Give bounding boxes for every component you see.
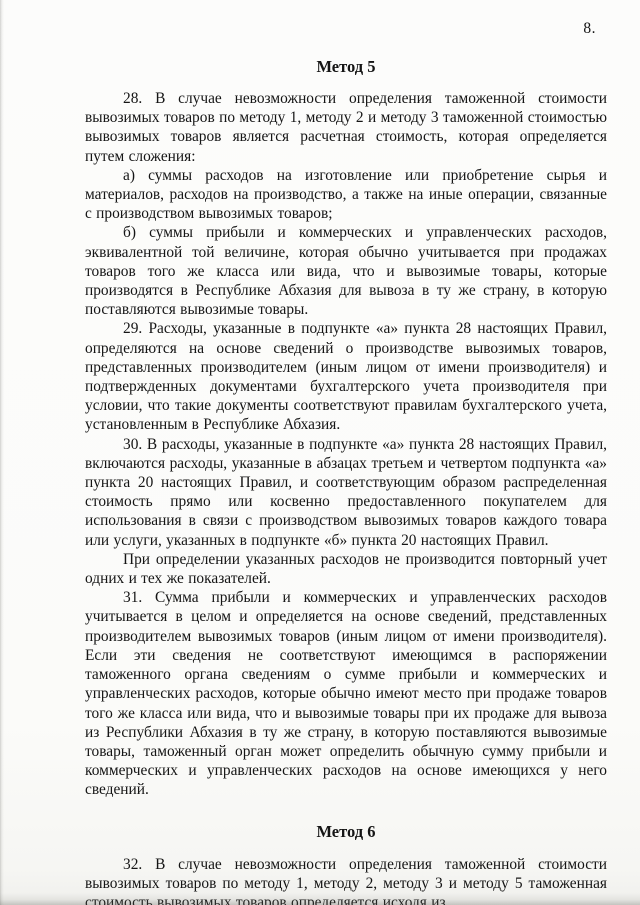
document-page: 8. Метод 5 28. В случае невозможности оп…: [0, 0, 640, 905]
document-content: Метод 5 28. В случае невозможности опред…: [85, 0, 607, 905]
subparagraph-b: б) суммы прибыли и коммерческих и управл…: [85, 223, 607, 319]
paragraph-31: 31. Сумма прибыли и коммерческих и управ…: [85, 588, 607, 799]
paragraph-30-continuation: При определении указанных расходов не пр…: [85, 550, 607, 588]
paragraph-28: 28. В случае невозможности определения т…: [85, 89, 607, 166]
scan-artifact-left-edge: [0, 0, 4, 905]
paragraph-32: 32. В случае невозможности определения т…: [85, 855, 607, 905]
paragraph-30: 30. В расходы, указанные в подпункте «а»…: [85, 435, 607, 550]
subparagraph-a: а) суммы расходов на изготовление или пр…: [85, 166, 607, 224]
section-heading-method-5: Метод 5: [85, 56, 607, 78]
section-heading-method-6: Метод 6: [85, 821, 607, 843]
paragraph-29: 29. Расходы, указанные в подпункте «а» п…: [85, 319, 607, 434]
